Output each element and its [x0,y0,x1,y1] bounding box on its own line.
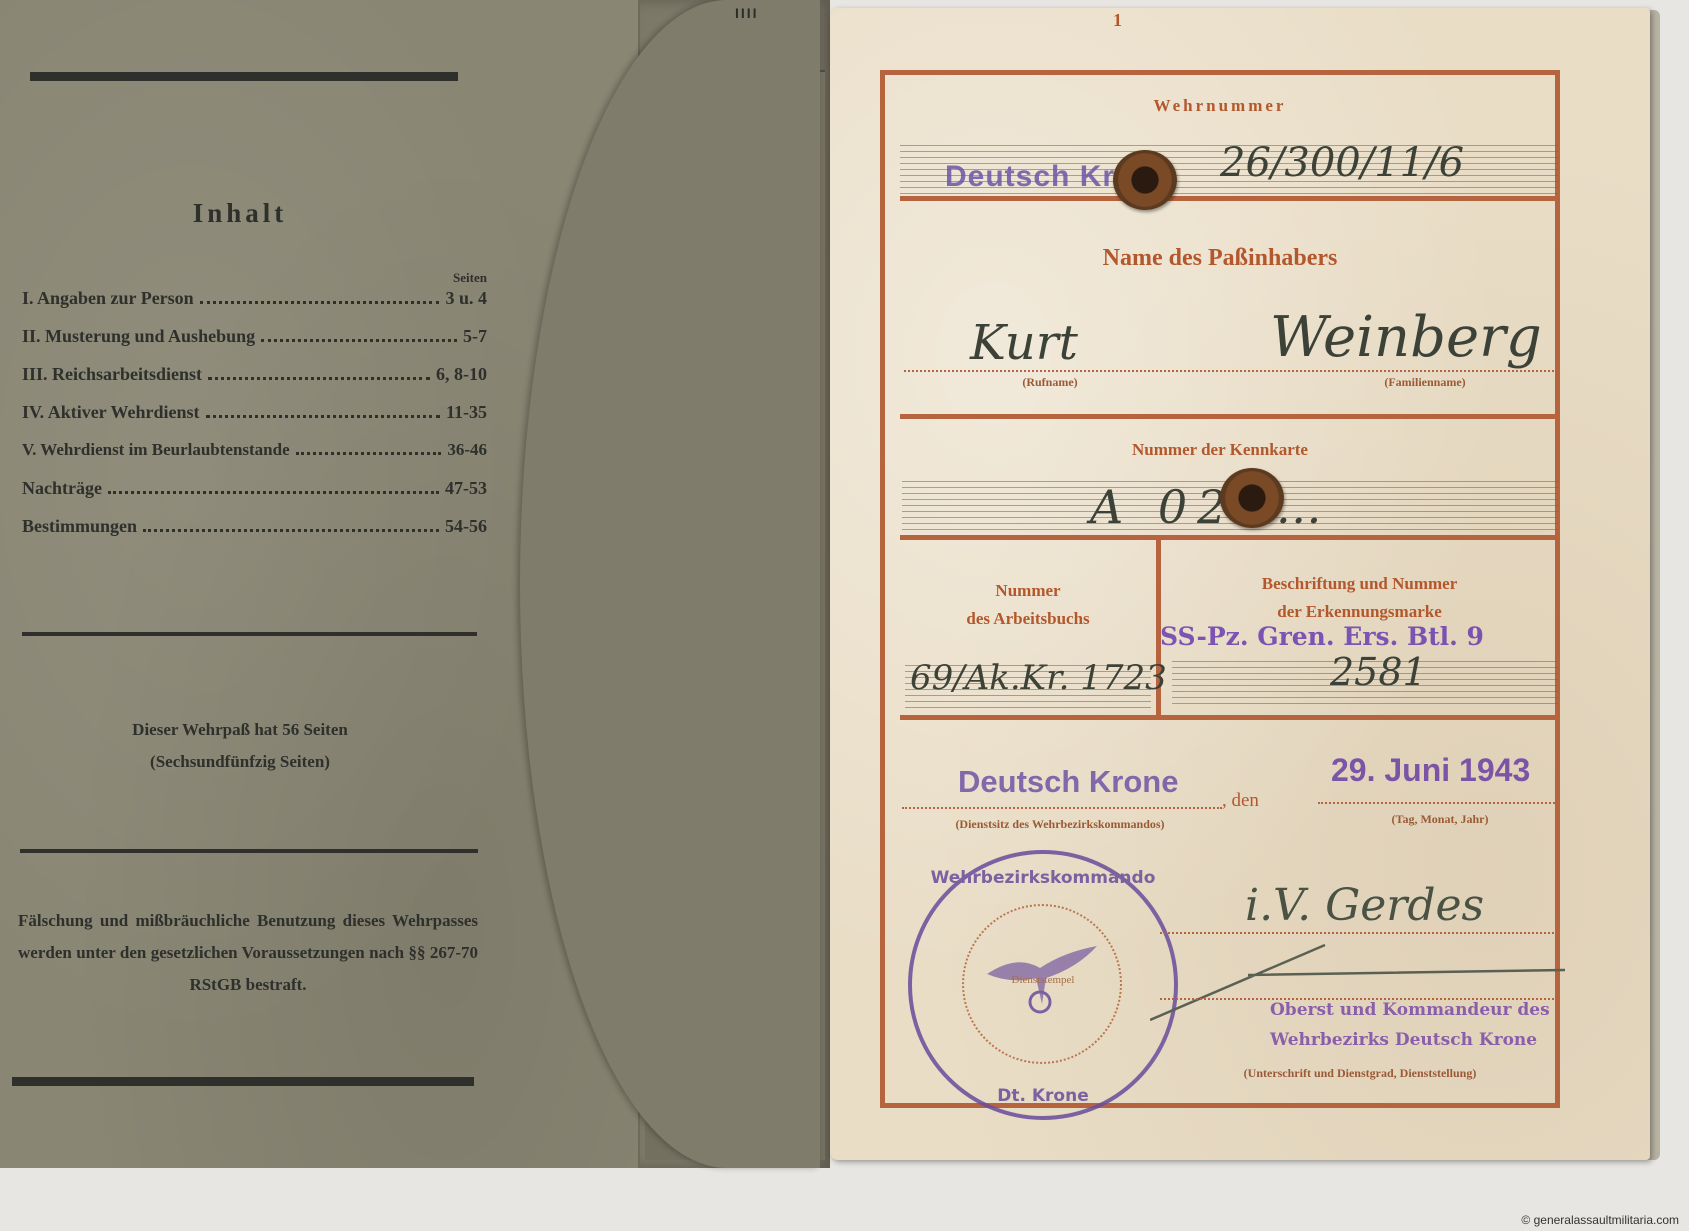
forgery-warning: Fälschung und mißbräuchliche Benutzung d… [18,905,478,1001]
toc-row: IV. Aktiver Wehrdienst11-35 [22,402,487,440]
last-name: Weinberg [1270,305,1542,370]
signatory-title-line1: Oberst und Kommandeur des [1270,1000,1550,1020]
toc-row: V. Wehrdienst im Beurlaubtenstande36-46 [22,440,487,478]
toc-row: I. Angaben zur Person3 u. 4 [22,288,487,326]
copyright-watermark: © generalassaultmilitaria.com [1521,1213,1679,1227]
seal-text-top: Wehrbezirkskommando [912,868,1174,888]
signature-caption: (Unterschrift und Dienstgrad, Dienststel… [1190,1066,1530,1081]
spine-mark: IIII [735,5,759,21]
name-label: Name des Paßinhabers [880,245,1560,272]
seal-text-bottom: Dt. Krone [912,1086,1174,1106]
toc-pages-header: Seiten [22,270,487,286]
dotted-line [904,370,1558,372]
first-name: Kurt [970,315,1078,371]
eyelet [1220,468,1284,528]
divider [900,715,1558,720]
divider [22,632,477,636]
table-of-contents: Seiten I. Angaben zur Person3 u. 4 II. M… [22,270,487,554]
divider-top [30,72,458,81]
erkennungsmarke-label: Beschriftung und Nummer der Erkennungsma… [1161,570,1558,626]
dotted-line [902,807,1222,809]
issue-date-stamp: 29. Juni 1943 [1331,752,1530,789]
toc-row: Bestimmungen54-56 [22,516,487,554]
erkennungsmarke-stamp: SS-Pz. Gren. Ers. Btl. 9 [1160,622,1484,651]
erkennungsmarke-value: 2581 [1330,650,1427,694]
divider [900,414,1558,419]
arbeitsbuch-value: 69/Ak.Kr. 1723 [910,658,1167,698]
toc-row: III. Reichsarbeitsdienst6, 8-10 [22,364,487,402]
divider [20,849,478,853]
contents-title: Inhalt [0,198,480,229]
den-label: , den [1222,790,1259,812]
eyelet [1113,150,1177,210]
dotted-line [1318,802,1558,804]
kennkarte-value: A 028… [1090,480,1332,534]
page-number: 1 [1113,10,1122,31]
wehrnummer-label: Wehrnummer [880,96,1560,116]
toc-row: II. Musterung und Aushebung5-7 [22,326,487,364]
toc-row: Nachträge47-53 [22,478,487,516]
divider [900,196,1558,201]
divider-bottom [12,1077,474,1086]
dotted-line [1160,932,1558,934]
first-name-caption: (Rufname) [990,375,1110,390]
issue-place-stamp: Deutsch Krone [958,764,1178,800]
seal-inner-label: Dienststempel [912,974,1174,986]
wehrnummer-value: 26/300/11/6 [1220,140,1464,186]
official-seal: Wehrbezirkskommando Dienststempel Dt. Kr… [908,850,1178,1120]
signatory-title-line2: Wehrbezirks Deutsch Krone [1270,1030,1537,1050]
kennkarte-label: Nummer der Kennkarte [880,440,1560,460]
issue-place-caption: (Dienstsitz des Wehrbezirkskommandos) [905,817,1215,832]
issue-date-caption: (Tag, Monat, Jahr) [1360,812,1520,827]
divider [900,535,1558,540]
last-name-caption: (Familienname) [1345,375,1505,390]
page-count-note: Dieser Wehrpaß hat 56 Seiten (Sechsundfü… [0,714,480,778]
arbeitsbuch-label: Nummer des Arbeitsbuchs [900,577,1156,633]
